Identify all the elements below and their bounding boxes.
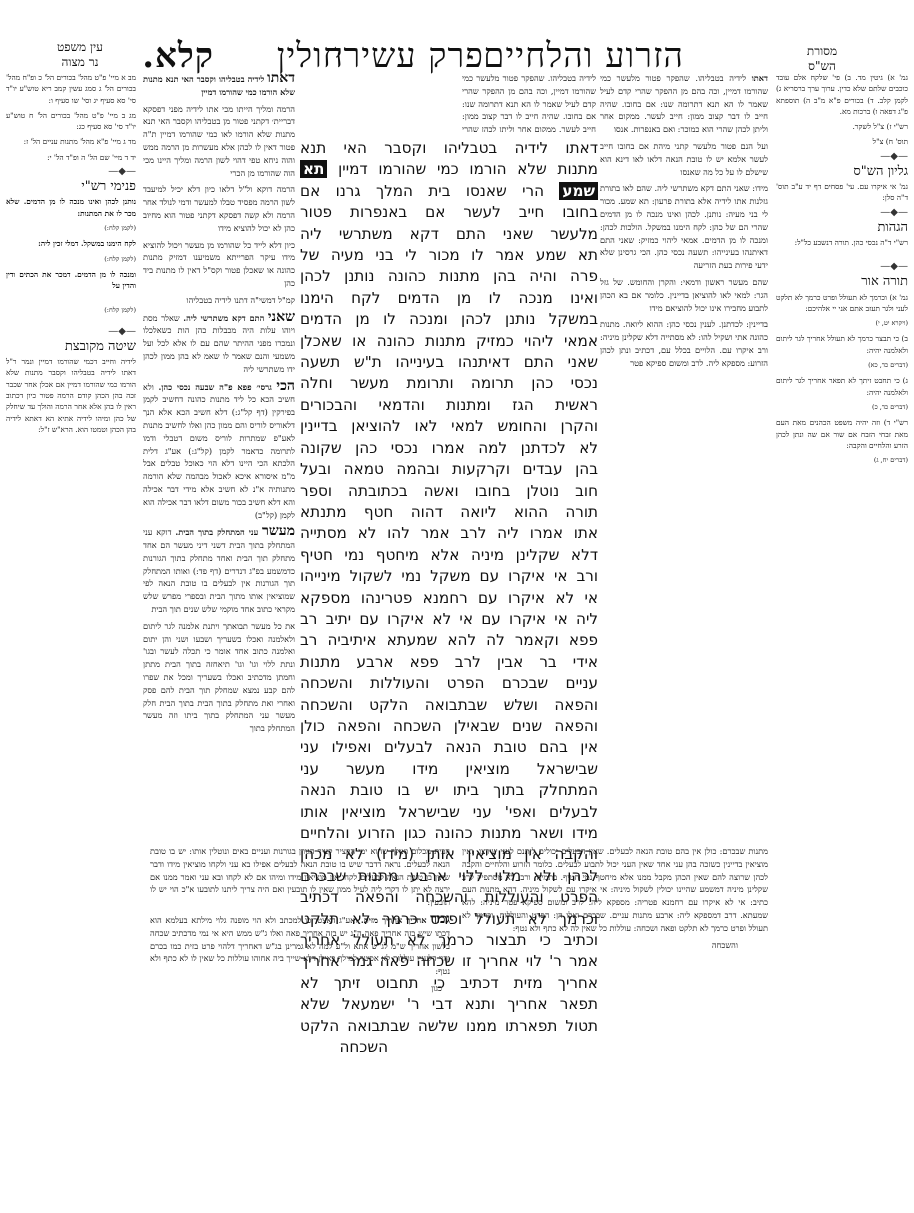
catchword: כגון bbox=[150, 982, 450, 995]
tosafot-lead-word: הכי bbox=[276, 378, 295, 394]
gemara-line: בהן עבדים וקרקעות ובהמה טמאה ובעל bbox=[300, 459, 598, 480]
gemara-line: דלא שקלינן מיניה אלא מיחטף נמי חטיף bbox=[300, 545, 598, 566]
gemara-line: תא שמע אמר לו מכור לי בני מעיה של bbox=[300, 245, 598, 266]
torah-or-entry: ג) כי תחבט זיתך לא תפאר אחריך לגר ליתום … bbox=[776, 375, 908, 398]
tosafot-lead-word: גמר bbox=[430, 911, 450, 927]
ornament-divider: —◆— bbox=[776, 152, 908, 162]
gemara-line: שאני התם דאיתנהו בעינייהו ת"ש תשעה bbox=[300, 352, 598, 373]
penei-rashi-entry: נותנן לכהן ואינו מנכה לו מן הדמים. שלא מ… bbox=[6, 196, 136, 219]
ornament-divider: —◆— bbox=[776, 262, 908, 272]
tosafot-commentary: דאתו לידיה בטבליהו וקסבר האי תנא מתנות ש… bbox=[143, 72, 295, 739]
tosafot-lead-word: שאני bbox=[268, 309, 295, 325]
catchword: והשכחה bbox=[462, 939, 768, 952]
gemara-line: מידו ושאר מתנות כהונה כגון הזרוע והלחיים bbox=[300, 823, 598, 844]
gemara-line: והפאה שנים שבאילן השכחה והפאה כולן bbox=[300, 716, 598, 737]
torah-or-entry: גמ' א) וכרמך לא תעולל ופרט כרמך לא תלקט … bbox=[776, 292, 908, 315]
penei-rashi-ref: (לקמן קלח:) bbox=[6, 305, 136, 316]
verse-reference: (ויקרא יט, י) bbox=[776, 318, 908, 329]
tosafot-paragraph: מעשר עני המתחלק בתוך הבית. דוקא עני המתח… bbox=[143, 525, 295, 616]
ein-mishpat-label-1: עין משפט bbox=[40, 40, 120, 55]
rashi-top-text: לידיה בטבליהו. שהפקר פטור מלעשר כמי שהור… bbox=[462, 73, 596, 132]
rashi-lower: מתנות שבכרם: כולן אין בהם טובת הנאה לבעל… bbox=[462, 845, 768, 951]
gemara-line: מלעשר שאני התם דקא משתרשי ליה bbox=[300, 224, 598, 245]
rashi-text: לידיה בטבליהו. שהפקר פטור מלעשר כמי שהור… bbox=[600, 73, 768, 134]
tosafot-dibur: עני המתחלק בתוך הבית. bbox=[175, 527, 258, 537]
rashi-lead-word: דאתו bbox=[752, 73, 768, 83]
gemara-line: אין בהם טובת הנאה לבעלים ואפילו עני bbox=[300, 737, 598, 758]
rashi-paragraph: ועל הנם פטור מלעשר קתני מיהת אם בחובו חי… bbox=[600, 140, 768, 178]
tosafot-paragraph: שאני התם דקא משתרשי ליה. שאלר מסת ויוהו … bbox=[143, 311, 295, 376]
tosafot-paragraph: כיון דלא לייד כל שהורמו מן מעשר ויכול לה… bbox=[143, 239, 295, 290]
tosafot-paragraph: דאתו לידיה בטבליהו וקסבר האי תנא מתנות ש… bbox=[143, 72, 295, 99]
torah-or-title: תורה אור bbox=[776, 276, 908, 287]
penei-rashi-ref: (לקמן קלח:) bbox=[6, 254, 136, 265]
shita-mekubetzet-title: שיטה מקובצת bbox=[6, 341, 136, 352]
penei-rashi-entry: ומנכה לו מן הדמים. דמכר את הכתים ודין וה… bbox=[6, 269, 136, 292]
gemara-line: חוב נוטלן בחובו ואשה בכתובתה וספר bbox=[300, 481, 598, 502]
ein-mishpat-entry: מב א מיי' פ"ט מהל' בכורים הל' כ ופ"ח מהל… bbox=[6, 72, 136, 106]
rashi-commentary: דאתו לידיה בטבליהו. שהפקר פטור מלעשר כמי… bbox=[600, 72, 768, 374]
ornament-divider: —◆— bbox=[6, 327, 136, 337]
gemara-line: דאתו לידיה בטבליהו וקסבר האי תנא bbox=[300, 138, 598, 159]
gemara-line: עניים שבכרם הפרט והעוללות והשכחה bbox=[300, 673, 598, 694]
ornament-divider: —◆— bbox=[6, 167, 136, 177]
gemara-line: לא לכדתנן למה אמרו נכסי כהן שקונה bbox=[300, 438, 598, 459]
right-margin: גמ' א) גיטין מד. ב) פי' שלקח אלם עובד כו… bbox=[776, 72, 908, 470]
gemara-final-word: השכחה bbox=[300, 1037, 598, 1058]
gemara-line: שמע הרי שאנסו בית המלך גרנו אם bbox=[300, 181, 598, 202]
gemara-line: בחובו חייב לעשר אם באנפרות פטור bbox=[300, 202, 598, 223]
ornament-divider: —◆— bbox=[776, 208, 908, 218]
rashi-paragraph: שהם מעשר ראשון ודמאי: והקרן והחומש. של ג… bbox=[600, 276, 768, 314]
gemara-line: ורב אי איקרו עם משקל נמי לשקול מינייהו bbox=[300, 566, 598, 587]
shita-mekubetzet-text: לידיה וחייב דכמי שהורמו דמיין ונמר ר"ל ד… bbox=[6, 356, 136, 435]
penei-rashi-ref: (לקמן קלח:) bbox=[6, 223, 136, 234]
tosafot-paragraph: הרמה דוקא ול"ל דלאו כיון דלא יכיל למיעבד… bbox=[143, 183, 295, 234]
gemara-line: תטול תפארתו ממנו שלשה שבתבואה הלקט bbox=[300, 1016, 598, 1037]
perek-number: פרק עשירי bbox=[334, 36, 484, 76]
masoret-entry: גמ' א) גיטין מד. ב) פי' שלקח אלם עובד כו… bbox=[776, 72, 908, 117]
ein-mishpat-entry: מג ב מיי' פ"ט מהל' בכורים הל' ח טוש"ע יו… bbox=[6, 110, 136, 133]
gilyon-text: גמ' אי איקרו עם. עי' פסחים דף יד ע"ב תוס… bbox=[776, 181, 908, 204]
rashi-paragraph: דאתו לידיה בטבליהו. שהפקר פטור מלעשר כמי… bbox=[600, 72, 768, 136]
penei-rashi-title: פנימי רש"י bbox=[6, 181, 136, 192]
gemara-line: אידי בר אבין לרב פפא ארבע מתנות bbox=[300, 652, 598, 673]
gemara-line: ואינו מנכה לו מן הדמים לקח הימנו bbox=[300, 288, 598, 309]
gemara-line: אמאי ליהוי כמזיק מתנות כהונה או שאכלן bbox=[300, 331, 598, 352]
tosafot-lower: הבית מכלום ואילך שהוא ימי הקציר קציר הגו… bbox=[150, 845, 450, 995]
tosafot-paragraph: גמר אחריך אחריך מזית. ואע"ג דאצטריכו למכ… bbox=[150, 913, 450, 978]
masoret-entry: תוס' ח) צ"ל bbox=[776, 136, 908, 147]
ein-mishpat-entry: יד ד מיי' שם הל' ה ופ"ד הל' י: bbox=[6, 152, 136, 163]
boxed-word-ta: תא bbox=[300, 160, 327, 178]
rashi-paragraph: מתנות שבכרם: כולן אין בהם טובת הנאה לבעל… bbox=[462, 845, 768, 935]
daf-number: קלא. bbox=[142, 36, 214, 76]
gemara-line: תורה ההוא ליואה דהוה חטף מתנתא bbox=[300, 502, 598, 523]
gemara-line: פרה והיה בהן מתנות כהונה נותנן לכהן bbox=[300, 266, 598, 287]
ein-mishpat-header: עין משפט נר מצוה bbox=[40, 40, 120, 70]
perek-title: הזרוע והלחיים bbox=[483, 36, 684, 76]
torah-or-entry: רש"י ד) וזה יהיה משפט הכהנים מאת העם מאת… bbox=[776, 417, 908, 451]
tosafot-dibur: גרסי׳ פפא פ"ה שבעה נכסי כהן. bbox=[158, 382, 271, 392]
gemara-line: שבישראל מוציאין מידו מעשר עני bbox=[300, 759, 598, 780]
gemara-line: אתו אמרו ליה לרב אמר להו לא מסתייה bbox=[300, 523, 598, 544]
masoret-label-1: מסורת bbox=[782, 44, 862, 59]
verse-reference: (דברים כד, כ) bbox=[776, 402, 908, 413]
torah-or-entry: ב) כי תבצר כרמך לא תעולל אחריך לגר ליתום… bbox=[776, 333, 908, 356]
gemara-line: נכסי כהן תרומה ותרומת מעשר וחלה bbox=[300, 373, 598, 394]
gilyon-title: גליון הש"ס bbox=[776, 166, 908, 177]
tosafot-dibur: התם דקא משתרשי ליה. bbox=[183, 313, 264, 323]
tosafot-paragraph: הכי גרסי׳ פפא פ"ה שבעה נכסי כהן. ולא חשי… bbox=[143, 380, 295, 522]
gemara-line: ליה אי איקרו עם אי לא איקרו עם יתיב רב bbox=[300, 609, 598, 630]
ein-mishpat-label-2: נר מצוה bbox=[40, 55, 120, 70]
hagahot-text: רש"י ד"ה נכסי כהן. תורה דנשבע כל"ל: bbox=[776, 237, 908, 248]
left-margin: מב א מיי' פ"ט מהל' בכורים הל' כ ופ"ח מהל… bbox=[6, 72, 136, 439]
penei-rashi-entry: לקח הימנו במשקל. דמלי זכין ליה: bbox=[6, 238, 136, 249]
masoret-entry: רש"י ז) צ"ל לשקר. bbox=[776, 121, 908, 132]
hagahot-title: הגהות bbox=[776, 222, 908, 233]
tosafot-dibur: אחריך אחריך מזית. bbox=[361, 915, 427, 925]
ein-mishpat-entry: מד ג מיי' פ"א מהל' מתנות עניים הל' ז: bbox=[6, 136, 136, 147]
gemara-line: אי לא איקרו עם רחמנא פטרינהו מספקא bbox=[300, 588, 598, 609]
gemara-line: והפאה ושלש שבתבואה הלקט והשכחה bbox=[300, 695, 598, 716]
gemara-line: והקרן והחומש למאי לאו להוציאן בדיינין bbox=[300, 416, 598, 437]
rashi-paragraph: מידו: שאני התם דקא משתרשי ליה. שהם לאו ב… bbox=[600, 182, 768, 272]
gemara-line: המתחלק בתוך ביתו יש בו טובת הנאה bbox=[300, 780, 598, 801]
tosafot-paragraph: הבית מכלום ואילך שהוא ימי הקציר קציר הגו… bbox=[150, 845, 450, 909]
tosafot-paragraph: את כל מעשר תבואתך ויתנת אלמנה לגר ליתום … bbox=[143, 620, 295, 735]
rashi-paragraph: בדיינין: לכדתנן. לענין נכסי כהן: ההוא לי… bbox=[600, 318, 768, 369]
gemara-line: לבעלים ואפי' עני שבישראל מוציאין אותו bbox=[300, 802, 598, 823]
verse-reference: (דברים יח, ג) bbox=[776, 455, 908, 466]
tosafot-lead-word: דאתו bbox=[267, 70, 295, 86]
tosafot-paragraph: הרמה ומליך הייתו מכי אתו לידיה מפני דפסק… bbox=[143, 103, 295, 180]
rashi-top-lines: לידיה בטבליהו. שהפקר פטור מלעשר כמי שהור… bbox=[462, 72, 596, 132]
gemara-line: מתנות שלא הורמו כמי שהורמו דמיין תא bbox=[300, 159, 598, 180]
tosafot-paragraph: קמ"ל דמשי"ה דתנו לידיה בטבליהו bbox=[143, 294, 295, 307]
boxed-word-shema: שמע bbox=[559, 182, 598, 200]
gemara-line: פפא וקאמר לה להא שמעתא איתיביה רב bbox=[300, 630, 598, 651]
tosafot-lead-word: מעשר bbox=[262, 523, 295, 539]
gemara-line: ראשית הגז ומתנות והדמאי והבכורים bbox=[300, 395, 598, 416]
masoret-header: מסורת הש"ס bbox=[782, 44, 862, 74]
gemara-line: תפאר אחריך ותנא דבי ר' ישמעאל שלא bbox=[300, 994, 598, 1015]
gemara-line: במשקל נותנן לכהן ומנכה לו מן הדמים bbox=[300, 309, 598, 330]
verse-reference: (דברים כד, כא) bbox=[776, 360, 908, 371]
